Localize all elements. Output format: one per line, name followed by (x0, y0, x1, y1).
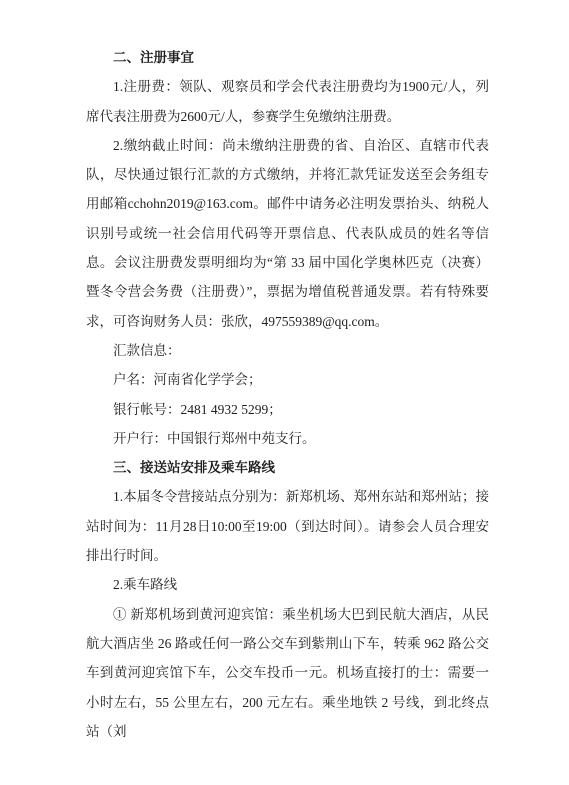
para-remittance-info-label: 汇款信息： (86, 336, 489, 365)
heading-pickup-and-routes: 三、接送站安排及乘车路线 (86, 453, 489, 482)
para-account-name: 户名：河南省化学学会； (86, 365, 489, 394)
heading-registration-matters: 二、注册事宜 (86, 43, 489, 72)
para-bus-route-label: 2.乘车路线 (86, 570, 489, 599)
para-bank-account-number: 银行帐号：2481 4932 5299； (86, 395, 489, 424)
para-bank-branch: 开户行：中国银行郑州中苑支行。 (86, 424, 489, 453)
para-route-airport-to-hotel: ① 新郑机场到黄河迎宾馆：乘坐机场大巴到民航大酒店，从民航大酒店坐 26 路或任… (86, 600, 489, 746)
para-payment-deadline: 2.缴纳截止时间：尚未缴纳注册费的省、自治区、直辖市代表队，尽快通过银行汇款的方… (86, 131, 489, 336)
para-pickup-stations: 1.本届冬令营接站点分别为：新郑机场、郑州东站和郑州站；接站时间为：11月28日… (86, 482, 489, 570)
document-page: 二、注册事宜 1.注册费：领队、观察员和学会代表注册费均为1900元/人，列席代… (0, 0, 569, 785)
para-registration-fee: 1.注册费：领队、观察员和学会代表注册费均为1900元/人，列席代表注册费为26… (86, 72, 489, 131)
